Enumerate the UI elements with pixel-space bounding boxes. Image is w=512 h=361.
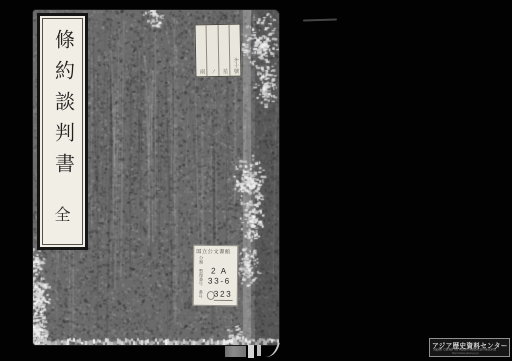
- faint-mark: ノ: [209, 69, 217, 75]
- page-edge-fragment: [225, 346, 246, 357]
- book-cover: 條約談判書 全 兩 ノ 星 㐧十號 国立公文書館 分類 整理番号 番号 2 A …: [33, 10, 279, 345]
- archive-name: 国立公文書館: [196, 247, 232, 255]
- faint-mark: 星: [220, 68, 228, 74]
- jacar-watermark: アジア歴史資料センター Japan Center for Asian Histo…: [429, 338, 510, 357]
- classification-field-label: 分類: [197, 256, 203, 264]
- archive-call-number-label: 国立公文書館 分類 整理番号 番号 2 A 33-6 323: [193, 245, 239, 306]
- number-field-label: 番号: [197, 290, 203, 298]
- scanned-book-cover-image: 條約談判書 全 兩 ノ 星 㐧十號 国立公文書館 分類 整理番号 番号 2 A …: [0, 0, 512, 361]
- page-edge-curve: [264, 340, 280, 359]
- watermark-url: http://www.jacar.go.jp: [452, 352, 510, 355]
- scan-scratch: [303, 18, 337, 21]
- book-title: 條約談判書: [53, 29, 73, 184]
- label-column: 兩: [196, 25, 208, 76]
- call-number-line2: 33-6: [208, 277, 231, 286]
- page-edge-fragment: [248, 345, 254, 358]
- book-number: 323: [214, 290, 233, 301]
- label-column: 星: [218, 25, 230, 76]
- label-column: 㐧十號: [229, 25, 240, 76]
- faint-mark: 兩: [197, 69, 205, 75]
- volume-marker: 全: [40, 202, 85, 225]
- faint-mark: 㐧十號: [231, 57, 240, 74]
- page-edge-fragment: [257, 345, 261, 356]
- call-number-line1: 2 A: [211, 267, 228, 276]
- title-slip: 條約談判書 全: [37, 13, 88, 250]
- serial-field-label: 整理番号: [197, 269, 203, 286]
- label-column: ノ: [207, 25, 219, 76]
- old-library-label: 兩 ノ 星 㐧十號: [195, 24, 242, 78]
